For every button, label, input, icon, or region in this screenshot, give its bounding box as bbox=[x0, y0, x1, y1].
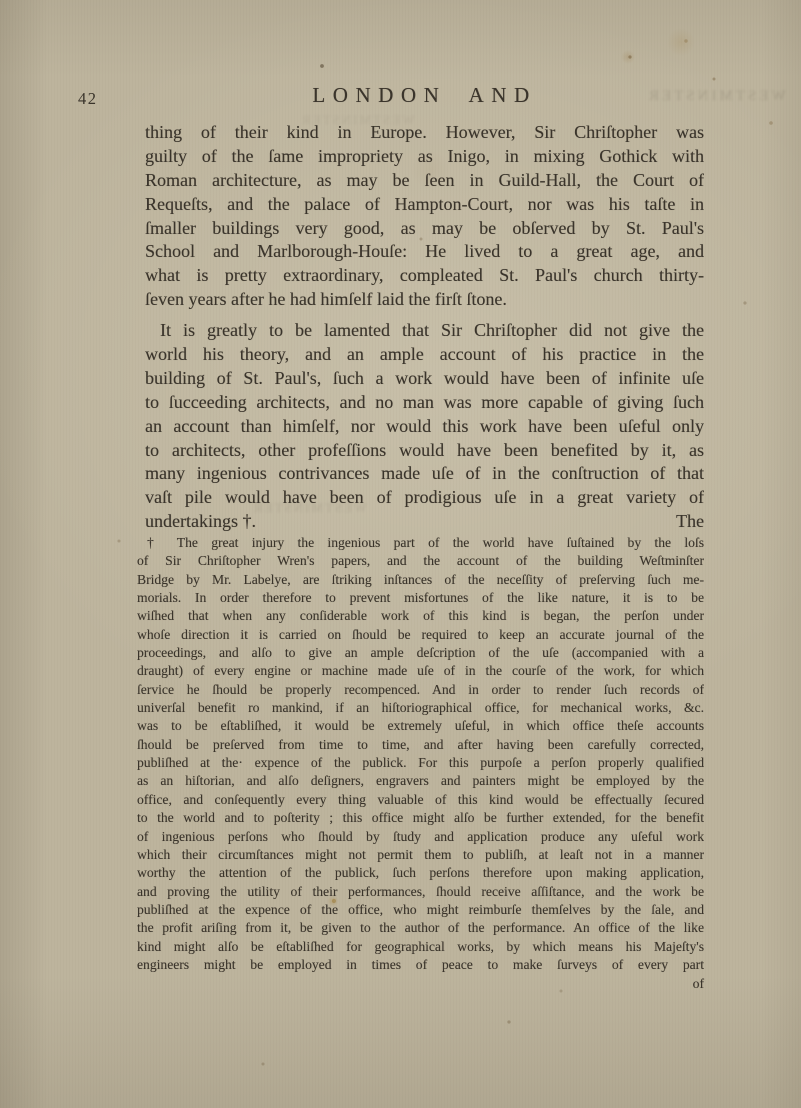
text-line: the profit ariſing from it, be given to … bbox=[137, 919, 704, 937]
text-line: ſhould be preſerved from time to time, a… bbox=[137, 736, 704, 754]
text-line: as an hiſtorian, and alſo deſigners, eng… bbox=[137, 772, 704, 790]
text-line: thing of their kind in Europe. However, … bbox=[145, 121, 704, 145]
footnote-catchword: of bbox=[693, 976, 704, 991]
text-line: Roman architecture, as may be ſeen in Gu… bbox=[145, 169, 704, 193]
text-line: † The great injury the ingenious part of… bbox=[137, 534, 704, 552]
text-line: was to be eſtabliſhed, it would be extre… bbox=[137, 717, 704, 735]
text-line: what is pretty extraordinary, compleated… bbox=[145, 264, 704, 288]
text-line: building of St. Paul's, ſuch a work woul… bbox=[145, 367, 704, 391]
text-line: guilty of the ſame impropriety as Inigo,… bbox=[145, 145, 704, 169]
text-line: vaſt pile would have been of prodigious … bbox=[145, 486, 704, 510]
text-line: whoſe direction it is carried on ſhould … bbox=[137, 626, 704, 644]
text-line: univerſal benefit ro mankind, if an hiſt… bbox=[137, 699, 704, 717]
text-line: of Sir Chriſtopher Wren's papers, and th… bbox=[137, 552, 704, 570]
paragraph-2: It is greatly to be lamented that Sir Ch… bbox=[145, 319, 704, 510]
catchword-line: undertakings †. The bbox=[145, 510, 704, 534]
footnote-text: † The great injury the ingenious part of… bbox=[137, 534, 704, 974]
paragraph-2-last-line: undertakings †. bbox=[145, 510, 256, 534]
text-line: It is greatly to be lamented that Sir Ch… bbox=[145, 319, 704, 343]
text-line: Requeſts, and the palace of Hampton-Cour… bbox=[145, 193, 704, 217]
text-line: to architects, other profeſſions would h… bbox=[145, 439, 704, 463]
main-text-block: thing of their kind in Europe. However, … bbox=[145, 121, 704, 534]
main-catchword: The bbox=[676, 510, 704, 534]
text-line: worthy the attention of the publick, ſuc… bbox=[137, 864, 704, 882]
paragraph-1: thing of their kind in Europe. However, … bbox=[145, 121, 704, 312]
text-line: ſervice he ſhould be properly recompence… bbox=[137, 681, 704, 699]
text-line: ſeven years after he had himſelf laid th… bbox=[145, 288, 704, 312]
foxing-specks bbox=[0, 0, 2, 2]
text-line: world his theory, and an ample account o… bbox=[145, 343, 704, 367]
text-line: proceedings, and alſo to give an ample d… bbox=[137, 644, 704, 662]
text-line: publiſhed at the expence of the office, … bbox=[137, 901, 704, 919]
text-line: morials. In order therefore to prevent m… bbox=[137, 589, 704, 607]
book-page: WESTMINSTER WESTMINSTER WESTMINSTER 42 L… bbox=[0, 0, 801, 1108]
text-line: and proving the utility of their perform… bbox=[137, 883, 704, 901]
text-line: to ſucceeding architects, and no man was… bbox=[145, 391, 704, 415]
text-line: kind might alſo be eſtabliſhed for geogr… bbox=[137, 938, 704, 956]
page-number: 42 bbox=[78, 89, 98, 109]
text-line: wiſhed that when any conſiderable work o… bbox=[137, 607, 704, 625]
text-line: publiſhed at the· expence of the publick… bbox=[137, 754, 704, 772]
text-line: office, and conſequently every thing val… bbox=[137, 791, 704, 809]
text-line: School and Marlborough-Houſe: He lived t… bbox=[145, 240, 704, 264]
text-line: an account than himſelf, nor would this … bbox=[145, 415, 704, 439]
footnote-block: † The great injury the ingenious part of… bbox=[137, 534, 704, 994]
footnote-catchword-line: of bbox=[137, 975, 704, 993]
text-line: many ingenious contrivances made uſe of … bbox=[145, 462, 704, 486]
text-line: to the world and to poſterity ; this off… bbox=[137, 809, 704, 827]
text-line: engineers might be employed in times of … bbox=[137, 956, 704, 974]
text-line: of ingenious perſons who ſhould by ſtudy… bbox=[137, 828, 704, 846]
text-line: Bridge by Mr. Labelye, are ſtriking inſt… bbox=[137, 571, 704, 589]
text-line: draught) of every engine or machine made… bbox=[137, 662, 704, 680]
running-header: LONDON AND bbox=[145, 83, 704, 108]
text-line: which their circumſtances might not perm… bbox=[137, 846, 704, 864]
text-line: ſmaller buildings very good, as may be o… bbox=[145, 217, 704, 241]
